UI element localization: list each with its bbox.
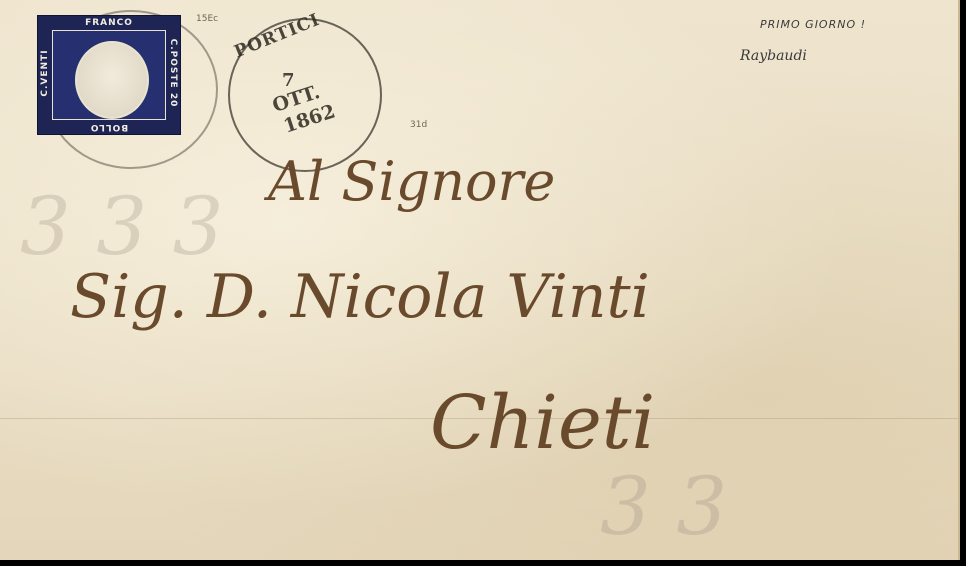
- pencil-note: PRIMO GIORNO !: [760, 18, 866, 31]
- show-through-writing: 3 3 3: [20, 180, 224, 273]
- letter-cover: 3 3 3 3 3 FRANCO BOLLO C.VENTI C.POSTE 2…: [0, 0, 960, 560]
- secondary-reference: 31d: [410, 120, 427, 130]
- stamp-right-text: C.POSTE 20: [168, 38, 178, 108]
- expert-signature: Raybaudi: [740, 48, 807, 64]
- stamp-top-text: FRANCO: [38, 18, 180, 28]
- address-salutation: Al Signore: [268, 150, 555, 213]
- catalog-reference: 15Ec: [196, 14, 218, 24]
- postage-stamp: FRANCO BOLLO C.VENTI C.POSTE 20: [38, 16, 180, 134]
- address-city: Chieti: [430, 380, 655, 466]
- stamp-left-text: C.VENTI: [40, 38, 50, 108]
- address-name: Sig. D. Nicola Vinti: [70, 262, 650, 332]
- stamp-bottom-text: BOLLO: [38, 122, 180, 132]
- stamp-embossed-head: [75, 41, 149, 119]
- stamp-frame: [52, 30, 166, 120]
- show-through-writing: 3 3: [600, 460, 727, 553]
